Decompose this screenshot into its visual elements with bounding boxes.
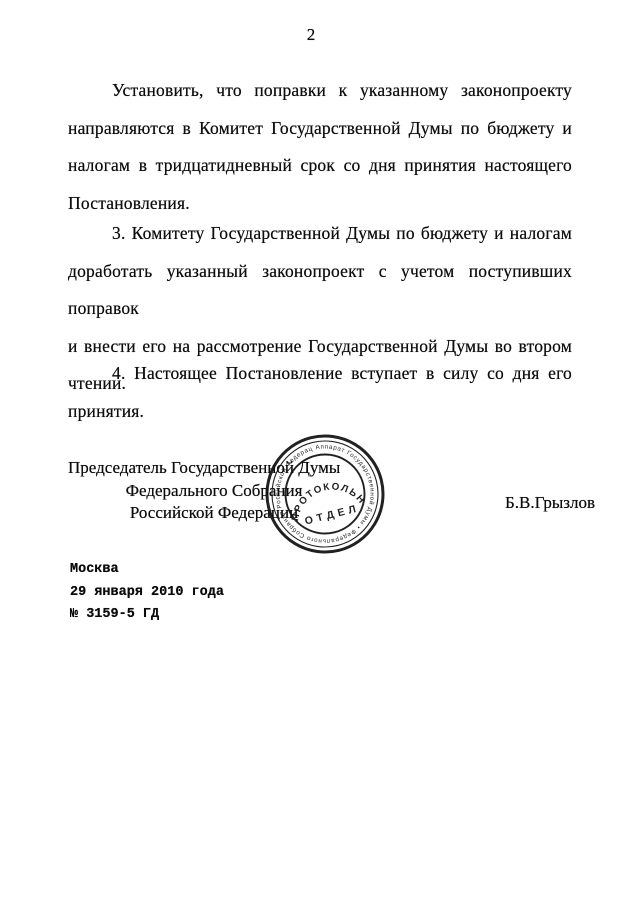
paragraph-2-continuation: Установить, что поправки к указанному за…	[68, 72, 572, 222]
text-line: налогам в тридцатидневный срок со дня пр…	[68, 147, 572, 185]
issue-city: Москва	[70, 559, 224, 582]
text-line: 3. Комитету Государственной Думы по бюдж…	[68, 215, 572, 253]
text-line: Установить, что поправки к указанному за…	[68, 72, 572, 110]
text-line: 4. Настоящее Постановление вступает в си…	[68, 355, 572, 393]
text-line: доработать указанный законопроект с учет…	[68, 253, 572, 328]
signatory-name: Б.В.Грызлов	[505, 493, 595, 513]
issue-details-block: Москва 29 января 2010 года № 3159-5 ГД	[70, 559, 224, 627]
document-number: № 3159-5 ГД	[70, 604, 224, 627]
issue-date: 29 января 2010 года	[70, 582, 224, 605]
page-number: 2	[0, 25, 622, 45]
text-line: направляются в Комитет Государственной Д…	[68, 110, 572, 148]
document-page: 2 Установить, что поправки к указанному …	[0, 0, 640, 900]
